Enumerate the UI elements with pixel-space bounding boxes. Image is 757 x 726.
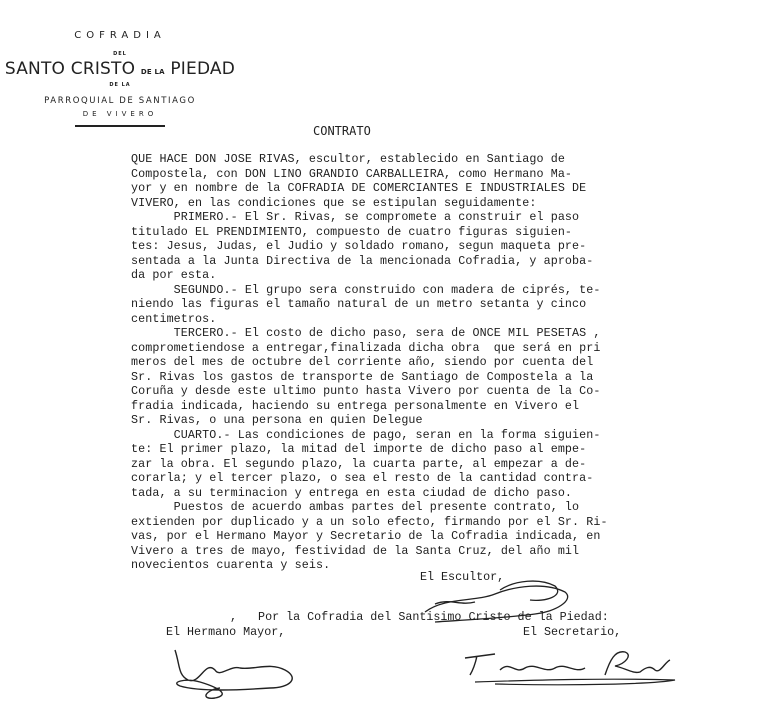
contract-line: PRIMERO.- El Sr. Rivas, se compromete a … <box>131 210 608 225</box>
letterhead-piedad: PIEDAD <box>165 59 235 79</box>
contract-line: Sr. Rivas los gastos de transporte de Sa… <box>131 370 608 385</box>
hermano-mayor-label: El Hermano Mayor, <box>166 625 285 639</box>
letterhead-parroquial: PARROQUIAL DE SANTIAGO <box>0 96 240 106</box>
letterhead-santo-cristo-a: SANTO CRISTO <box>5 59 141 79</box>
contract-line: fradia indicada, haciendo su entrega per… <box>131 399 608 414</box>
letterhead-santo-cristo: SANTO CRISTO DE LA PIEDAD <box>0 59 240 79</box>
contract-line: niendo las figuras el tamaño natural de … <box>131 297 608 312</box>
letterhead-del: DEL <box>0 51 240 57</box>
contract-line: te: El primer plazo, la mitad del import… <box>131 442 608 457</box>
contract-line: titulado EL PRENDIMIENTO, compuesto de c… <box>131 225 608 240</box>
contract-line: vas, por el Hermano Mayor y Secretario d… <box>131 529 608 544</box>
contract-line: Coruña y desde este ultimo punto hasta V… <box>131 384 608 399</box>
contract-line: SEGUNDO.- El grupo sera construido con m… <box>131 283 608 298</box>
contract-line: tada, a su terminacion y entrega en esta… <box>131 486 608 501</box>
contract-line: da por esta. <box>131 268 608 283</box>
contract-line: centimetros. <box>131 312 608 327</box>
contract-line: corarla; y el tercer plazo, o sea el res… <box>131 471 608 486</box>
contract-line: tes: Jesus, Judas, el Judio y soldado ro… <box>131 239 608 254</box>
contract-line: extienden por duplicado y a un solo efec… <box>131 515 608 530</box>
contract-line: Compostela, con DON LINO GRANDIO CARBALL… <box>131 167 608 182</box>
contract-line: Puestos de acuerdo ambas partes del pres… <box>131 500 608 515</box>
document-title: CONTRATO <box>313 124 371 138</box>
letterhead-de-la: DE LA <box>0 82 240 88</box>
contract-line: sentada a la Junta Directiva de la menci… <box>131 254 608 269</box>
contract-line: meros del mes de octubre del corriente a… <box>131 355 608 370</box>
letterhead-vivero: DE VIVERO <box>0 110 240 118</box>
contract-line: zar la obra. El segundo plazo, la cuarta… <box>131 457 608 472</box>
contract-line: comprometiendose a entregar,finalizada d… <box>131 341 608 356</box>
letterhead-de-la-small: DE LA <box>141 68 165 76</box>
contract-line: novecientos cuarenta y seis. <box>131 558 608 573</box>
cofradia-line: , Por la Cofradia del Santisimo Cristo d… <box>230 610 609 624</box>
letterhead-cofradia: COFRADIA <box>0 30 240 41</box>
secretario-label: El Secretario, <box>523 625 621 639</box>
letterhead-rule <box>75 125 165 127</box>
contract-line: TERCERO.- El costo de dicho paso, sera d… <box>131 326 608 341</box>
secretario-signature <box>455 640 695 690</box>
contract-line: Vivero a tres de mayo, festividad de la … <box>131 544 608 559</box>
contract-line: Sr. Rivas, o una persona en quien Delegu… <box>131 413 608 428</box>
contract-line: VIVERO, en las condiciones que se estipu… <box>131 196 608 211</box>
contract-line: QUE HACE DON JOSE RIVAS, escultor, estab… <box>131 152 608 167</box>
hermano-mayor-signature <box>160 640 330 700</box>
contract-body: QUE HACE DON JOSE RIVAS, escultor, estab… <box>131 152 608 573</box>
contract-line: CUARTO.- Las condiciones de pago, seran … <box>131 428 608 443</box>
contract-line: yor y en nombre de la COFRADIA DE COMERC… <box>131 181 608 196</box>
